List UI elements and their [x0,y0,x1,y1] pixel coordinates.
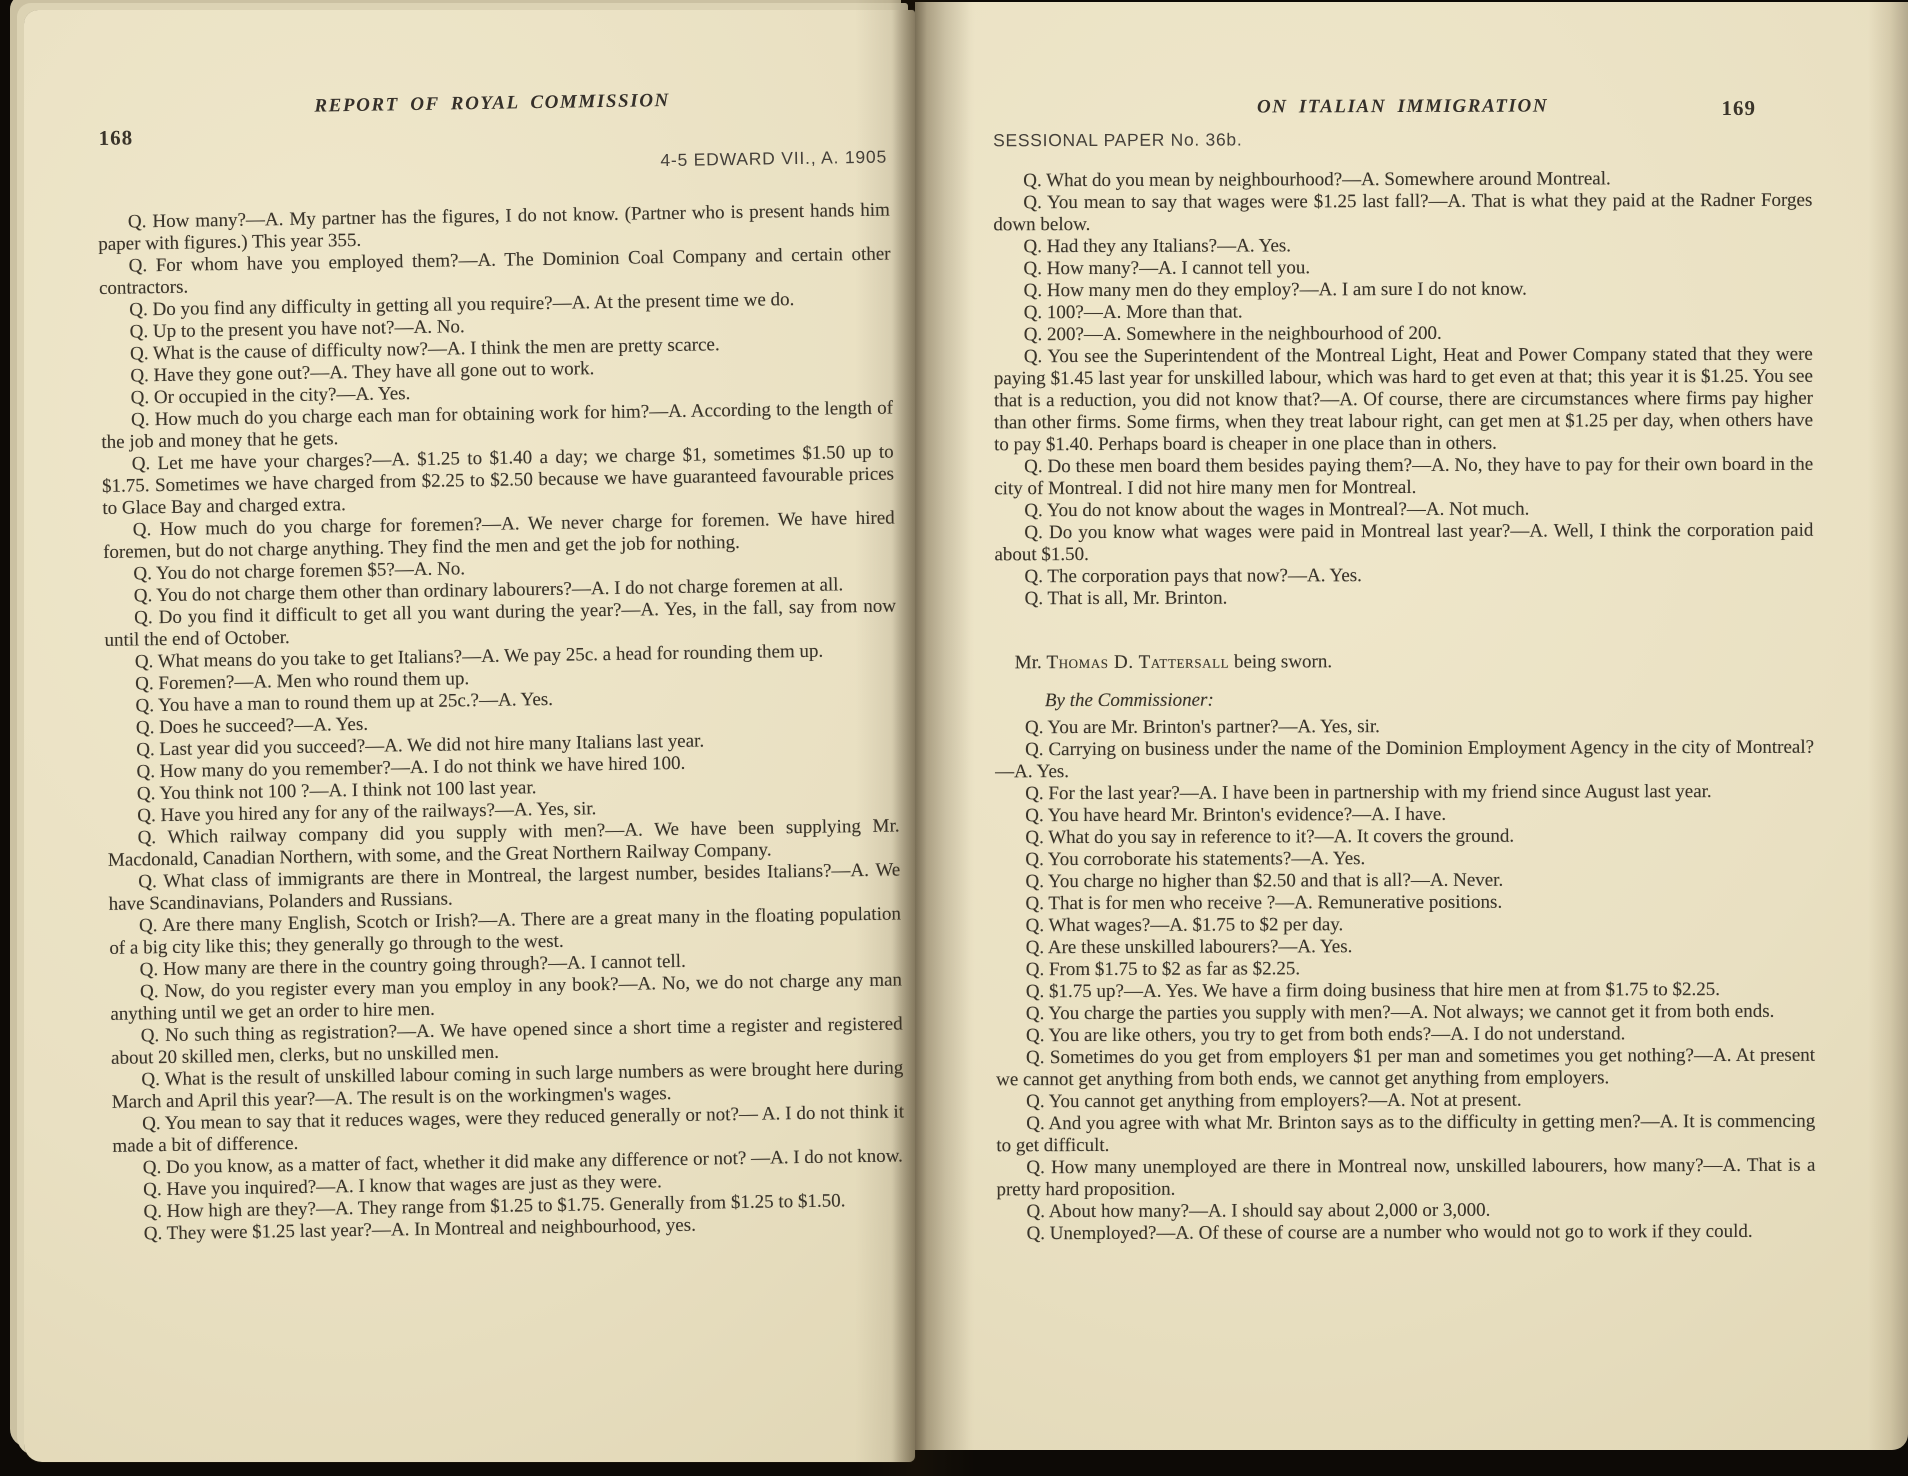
qa-paragraph: Q. For the last year?—A. I have been in … [995,781,1814,806]
witness-name: Thomas D. Tattersall [1046,652,1229,674]
witness-sworn-heading: Mr. Thomas D. Tattersall being sworn. [1015,650,1814,675]
qa-paragraph: Q. The corporation pays that now?—A. Yes… [994,564,1813,589]
qa-paragraph: Q. You are Mr. Brinton's partner?—A. Yes… [995,715,1814,740]
qa-paragraph: Q. About how many?—A. I should say about… [996,1199,1815,1224]
qa-paragraph: Q. Had they any Italians?—A. Yes. [993,234,1812,259]
qa-paragraph: Q. You cannot get anything from employer… [996,1089,1815,1114]
left-page-header: 168 REPORT OF ROYAL COMMISSION [96,87,889,157]
qa-paragraph: Q. $1.75 up?—A. Yes. We have a firm doin… [996,979,1815,1004]
witness-sworn-suffix: being sworn. [1229,651,1332,672]
qa-paragraph: Q. Unemployed?—A. Of these of course are… [997,1221,1816,1246]
qa-paragraph: Q. How many men do they employ?—A. I am … [994,278,1813,303]
qa-paragraph: Q. How many?—A. I cannot tell you. [994,256,1813,281]
qa-paragraph: Q. How many unemployed are there in Mont… [996,1155,1815,1202]
testimony-tattersall-text: Q. You are Mr. Brinton's partner?—A. Yes… [995,715,1816,1246]
qa-paragraph: Q. You corroborate his statements?—A. Ye… [995,847,1814,872]
qa-paragraph: Q. 100?—A. More than that. [994,300,1813,325]
qa-paragraph: Q. Sometimes do you get from employers $… [996,1045,1815,1092]
qa-paragraph: Q. That is for men who receive ?—A. Remu… [996,891,1815,916]
left-page-content: 168 REPORT OF ROYAL COMMISSION 4-5 EDWAR… [96,87,906,1246]
qa-paragraph: Q. What do you mean by neighbourhood?—A.… [993,168,1812,193]
qa-paragraph: Q. Are these unskilled labourers?—A. Yes… [996,935,1815,960]
left-page-number: 168 [98,125,133,151]
right-page-number: 169 [1722,96,1757,121]
qa-paragraph: Q. Carrying on business under the name o… [995,737,1814,784]
qa-paragraph: Q. What wages?—A. $1.75 to $2 per day. [996,913,1815,938]
qa-paragraph: Q. You see the Superintendent of the Mon… [994,344,1813,457]
qa-paragraph: Q. From $1.75 to $2 as far as $2.25. [996,957,1815,982]
qa-paragraph: Q. You mean to say that wages were $1.25… [993,190,1812,237]
left-page: 168 REPORT OF ROYAL COMMISSION 4-5 EDWAR… [24,10,915,1462]
qa-paragraph: Q. That is all, Mr. Brinton. [995,586,1814,611]
left-running-title: REPORT OF ROYAL COMMISSION [96,87,888,121]
qa-paragraph: Q. You have heard Mr. Brinton's evidence… [995,803,1814,828]
qa-paragraph: Q. And you agree with what Mr. Brinton s… [996,1111,1815,1158]
qa-paragraph: Q. You do not know about the wages in Mo… [994,498,1813,523]
qa-paragraph: Q. You are like others, you try to get f… [996,1023,1815,1048]
right-page-header: ON ITALIAN IMMIGRATION 169 [993,95,1812,124]
right-running-title: ON ITALIAN IMMIGRATION [993,95,1812,120]
qa-paragraph: Q. What do you say in reference to it?—A… [995,825,1814,850]
book-spread: 168 REPORT OF ROYAL COMMISSION 4-5 EDWAR… [0,0,1908,1476]
examiner-line: By the Commissioner: [1045,688,1814,712]
right-page: ON ITALIAN IMMIGRATION 169 SESSIONAL PAP… [915,2,1908,1450]
left-page-text: Q. How many?—A. My partner has the figur… [98,200,906,1246]
qa-paragraph: Q. Let me have your charges?—A. $1.25 to… [102,442,895,520]
witness-sworn-prefix: Mr. [1015,652,1047,673]
sessional-paper-line: SESSIONAL PAPER No. 36b. [993,128,1812,152]
qa-paragraph: Q. Do you know what wages were paid in M… [994,520,1813,567]
qa-paragraph: Q. You charge the parties you supply wit… [996,1001,1815,1026]
qa-paragraph: Q. Do these men board them besides payin… [994,454,1813,501]
qa-paragraph: Q. You charge no higher than $2.50 and t… [995,869,1814,894]
qa-paragraph: Q. 200?—A. Somewhere in the neighbourhoo… [994,322,1813,347]
right-page-content: ON ITALIAN IMMIGRATION 169 SESSIONAL PAP… [993,95,1816,1246]
testimony-brinton-text: Q. What do you mean by neighbourhood?—A.… [993,168,1813,611]
